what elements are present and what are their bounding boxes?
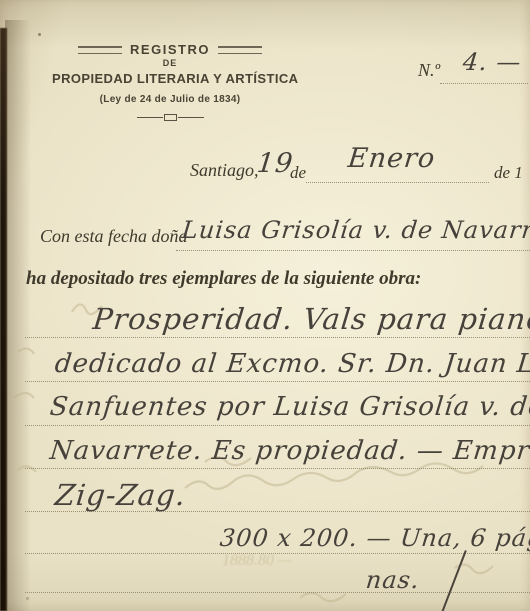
entry-rule (25, 424, 530, 426)
date-month-rule (306, 181, 489, 183)
header-rule-left (78, 46, 122, 54)
depositor-name: Luisa Grisolía v. de Navarre (181, 216, 530, 244)
declaration-body: ha depositado tres ejemplares de la sigu… (26, 268, 421, 290)
work-line: Navarrete. Es propiedad. — Empre (48, 436, 530, 466)
date-city: Santiago, (190, 160, 259, 181)
bleed-through-number: 1888.80 — (222, 552, 292, 570)
work-line: nas. (365, 566, 422, 594)
entry-rule (25, 380, 530, 382)
header-rule-right (218, 46, 262, 54)
date-month: Enero (346, 143, 437, 174)
number-label: N.º (418, 60, 440, 81)
header-registro: REGISTRO (130, 42, 210, 57)
registry-form-page: 1888.80 — REGISTRO DE PROPIEDAD LITERARI… (0, 0, 530, 611)
header-law: (Ley de 24 de Julio de 1834) (52, 94, 288, 105)
entry-rule (25, 552, 530, 554)
date-de: de (290, 163, 306, 183)
header-ornament (52, 114, 288, 121)
number-value: 4. — (462, 48, 523, 76)
entry-rule (25, 336, 530, 338)
form-header: REGISTRO DE PROPIEDAD LITERARIA Y ARTÍST… (52, 42, 288, 121)
work-line: Prosperidad. Vals para piano (91, 302, 530, 336)
work-line: 300 x 200. — Una, 6 pág (219, 524, 530, 552)
entry-rule (25, 591, 530, 593)
name-rule (176, 249, 530, 251)
date-year-prefix: de 1 (494, 163, 523, 183)
number-rule (440, 82, 528, 84)
header-de: DE (52, 58, 288, 68)
work-line: dedicado al Excmo. Sr. Dn. Juan Lu (53, 349, 530, 379)
declaration-intro: Con esta fecha doña (40, 226, 187, 247)
header-title: PROPIEDAD LITERARIA Y ARTÍSTICA (52, 71, 288, 86)
entry-rule (25, 467, 530, 469)
work-line: Zig-Zag. (53, 478, 188, 512)
work-line: Sanfuentes por Luisa Grisolía v. de (48, 392, 530, 422)
